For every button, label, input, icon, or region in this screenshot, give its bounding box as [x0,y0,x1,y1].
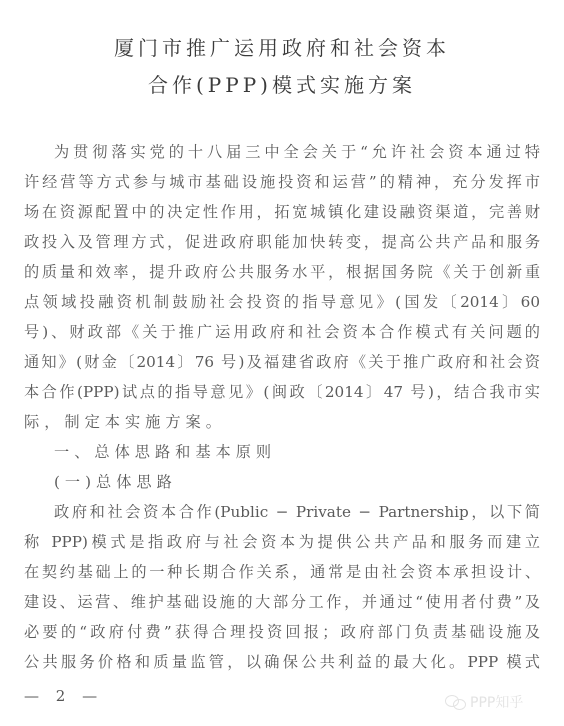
body-line: 建设、运营、维护基础设施的大部分工作，并通过“使用者付费”及 [24,592,540,612]
body-line: 际，制定本实施方案。 [24,412,540,432]
body-line: 为贯彻落实党的十八届三中全会关于“允许社会资本通过特 [54,142,540,162]
body-line: 通知》(财金〔2014〕76 号)及福建省政府《关于推广政府和社会资 [24,352,540,372]
body-line: 必要的“政府付费”获得合理投资回报；政府部门负责基础设施及 [24,622,540,642]
body-line: 称 PPP)模式是指政府与社会资本为提供公共产品和服务而建立 [24,532,540,552]
body-line: 公共服务价格和质量监管，以确保公共利益的最大化。PPP 模式 [24,652,540,672]
watermark: PPP知乎 [445,692,523,712]
body-line: 本合作(PPP)试点的指导意见》(闽政〔2014〕47 号)，结合我市实 [24,382,540,402]
document-title-line1: 厦门市推广运用政府和社会资本 [0,32,564,61]
page-number: — 2 — [24,687,103,705]
body-line: 的质量和效率，提升政府公共服务水平，根据国务院《关于创新重 [24,262,540,282]
body-line: 在契约基础上的一种长期合作关系，通常是由社会资本承担设计、 [24,562,540,582]
document-title-line2: 合作(PPP)模式实施方案 [0,69,564,98]
body-line: 号)、财政部《关于推广运用政府和社会资本合作模式有关问题的 [24,322,540,342]
body-line: 政府和社会资本合作(Public − Private − Partnership… [54,502,540,522]
subsection-heading: (一)总体思路 [54,472,540,492]
body-line: 许经营等方式参与城市基础设施投资和运营”的精神，充分发挥市 [24,172,540,192]
body-line: 场在资源配置中的决定性作用，拓宽城镇化建设融资渠道，完善财 [24,202,540,222]
section-heading: 一、总体思路和基本原则 [54,442,540,462]
body-line: 点领域投融资机制鼓励社会投资的指导意见》(国发〔2014〕60 [24,292,540,312]
wechat-icon [445,695,467,709]
body-line: 政投入及管理方式，促进政府职能加快转变，提高公共产品和服务 [24,232,540,252]
watermark-text: PPP知乎 [470,692,523,712]
